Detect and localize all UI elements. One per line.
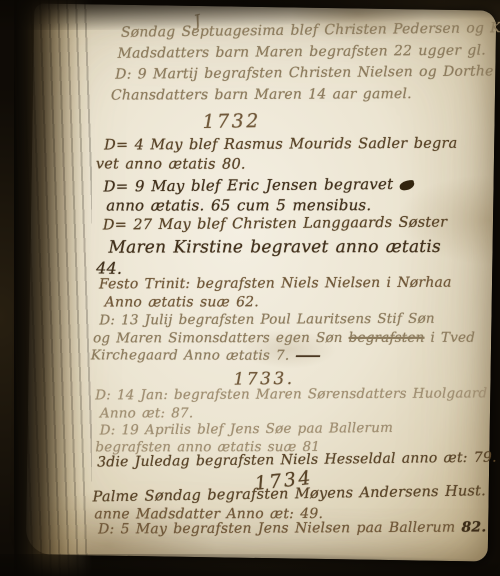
line-text: D= 9 May blef Eric Jensen begravet bbox=[103, 175, 393, 196]
line-text: D: 13 Julij begrafsten Poul Lauritsens S… bbox=[99, 311, 434, 329]
manuscript-line: D: 13 Julij begrafsten Poul Lauritsens S… bbox=[99, 311, 434, 329]
manuscript-line: D= 27 May blef Christen Langgaards Søste… bbox=[103, 215, 448, 234]
manuscript-line: Kirchegaard Anno ætatis 7. —— bbox=[91, 347, 320, 363]
manuscript-text-block: JSøndag Septuagesima blef Christen Peder… bbox=[26, 3, 497, 561]
line-text: vet anno ætatis 80. bbox=[96, 156, 246, 172]
manuscript-line: Anno ætatis suæ 62. bbox=[105, 294, 259, 310]
manuscript-line: Søndag Septuagesima blef Christen Peders… bbox=[121, 20, 500, 41]
ink-blot-icon bbox=[399, 179, 416, 191]
line-text: Kirchegaard Anno ætatis 7. bbox=[91, 347, 296, 363]
line-text: D: 9 Martij begrafsten Christen Nielsen … bbox=[115, 63, 493, 82]
manuscript-line: Chansdatters barn Maren 14 aar gamel. bbox=[111, 86, 412, 104]
line-text: Anno ætatis suæ 62. bbox=[105, 294, 259, 310]
manuscript-line: D: 19 Aprilis blef Jens Søe paa Ballerum bbox=[100, 420, 394, 439]
manuscript-line: Anno æt: 87. bbox=[100, 405, 193, 421]
line-text: D: 19 Aprilis blef Jens Søe paa Ballerum bbox=[100, 420, 394, 439]
manuscript-line: og Maren Simonsdatters egen Søn begrafst… bbox=[93, 330, 475, 347]
year-heading-1732: 1732 bbox=[202, 110, 261, 133]
line-text: D= 27 May blef Christen Langgaards Søste… bbox=[103, 215, 448, 234]
line-text: Chansdatters barn Maren 14 aar gamel. bbox=[111, 86, 412, 104]
line-text: 44. bbox=[96, 258, 122, 277]
manuscript-line: 44. bbox=[96, 258, 122, 277]
line-text: 82. bbox=[461, 519, 486, 535]
manuscript-line: D: 9 Martij begrafsten Christen Nielsen … bbox=[115, 63, 493, 82]
book-scan: JSøndag Septuagesima blef Christen Peder… bbox=[0, 0, 500, 576]
line-text: Maren Kirstine begravet anno ætatis bbox=[109, 237, 441, 258]
register-page: JSøndag Septuagesima blef Christen Peder… bbox=[26, 3, 497, 561]
manuscript-line: D= 9 May blef Eric Jensen begravet bbox=[103, 175, 414, 196]
line-text: 1732 bbox=[202, 110, 261, 133]
line-text: Palme Søndag begrafsten Møyens Andersens… bbox=[92, 483, 486, 505]
manuscript-line: Madsdatters barn Maren begrafsten 22 ugg… bbox=[118, 43, 486, 62]
line-text: anno ætatis. 65 cum 5 mensibus. bbox=[106, 196, 371, 214]
manuscript-line: D: 5 May begrafsten Jens Nielsen paa Bal… bbox=[98, 519, 486, 537]
line-text: Søndag Septuagesima blef Christen Peders… bbox=[121, 20, 500, 41]
manuscript-line: Maren Kirstine begravet anno ætatis bbox=[109, 237, 441, 258]
manuscript-line: D= 4 May blef Rasmus Mourids Sadler begr… bbox=[104, 136, 457, 154]
manuscript-line: vet anno ætatis 80. bbox=[96, 156, 246, 172]
manuscript-line: Festo Trinit: begrafsten Niels Nielsen i… bbox=[99, 275, 452, 293]
line-text: —— bbox=[295, 348, 319, 364]
line-text: i Tved bbox=[424, 330, 475, 346]
manuscript-line: Palme Søndag begrafsten Møyens Andersens… bbox=[92, 483, 486, 505]
manuscript-line: D: 14 Jan: begrafsten Maren Sørensdatter… bbox=[95, 385, 487, 403]
line-text: D: 14 Jan: begrafsten Maren Sørensdatter… bbox=[95, 385, 487, 403]
line-text: D= 4 May blef Rasmus Mourids Sadler begr… bbox=[104, 136, 457, 154]
line-text: D: 5 May begrafsten Jens Nielsen paa Bal… bbox=[98, 520, 461, 538]
manuscript-line: anno ætatis. 65 cum 5 mensibus. bbox=[106, 196, 371, 214]
line-text: begrafsten bbox=[349, 330, 425, 346]
line-text: Anno æt: 87. bbox=[100, 405, 193, 421]
line-text: og Maren Simonsdatters egen Søn bbox=[93, 330, 349, 346]
line-text: Festo Trinit: begrafsten Niels Nielsen i… bbox=[99, 275, 452, 293]
line-text: Madsdatters barn Maren begrafsten 22 ugg… bbox=[118, 43, 486, 62]
